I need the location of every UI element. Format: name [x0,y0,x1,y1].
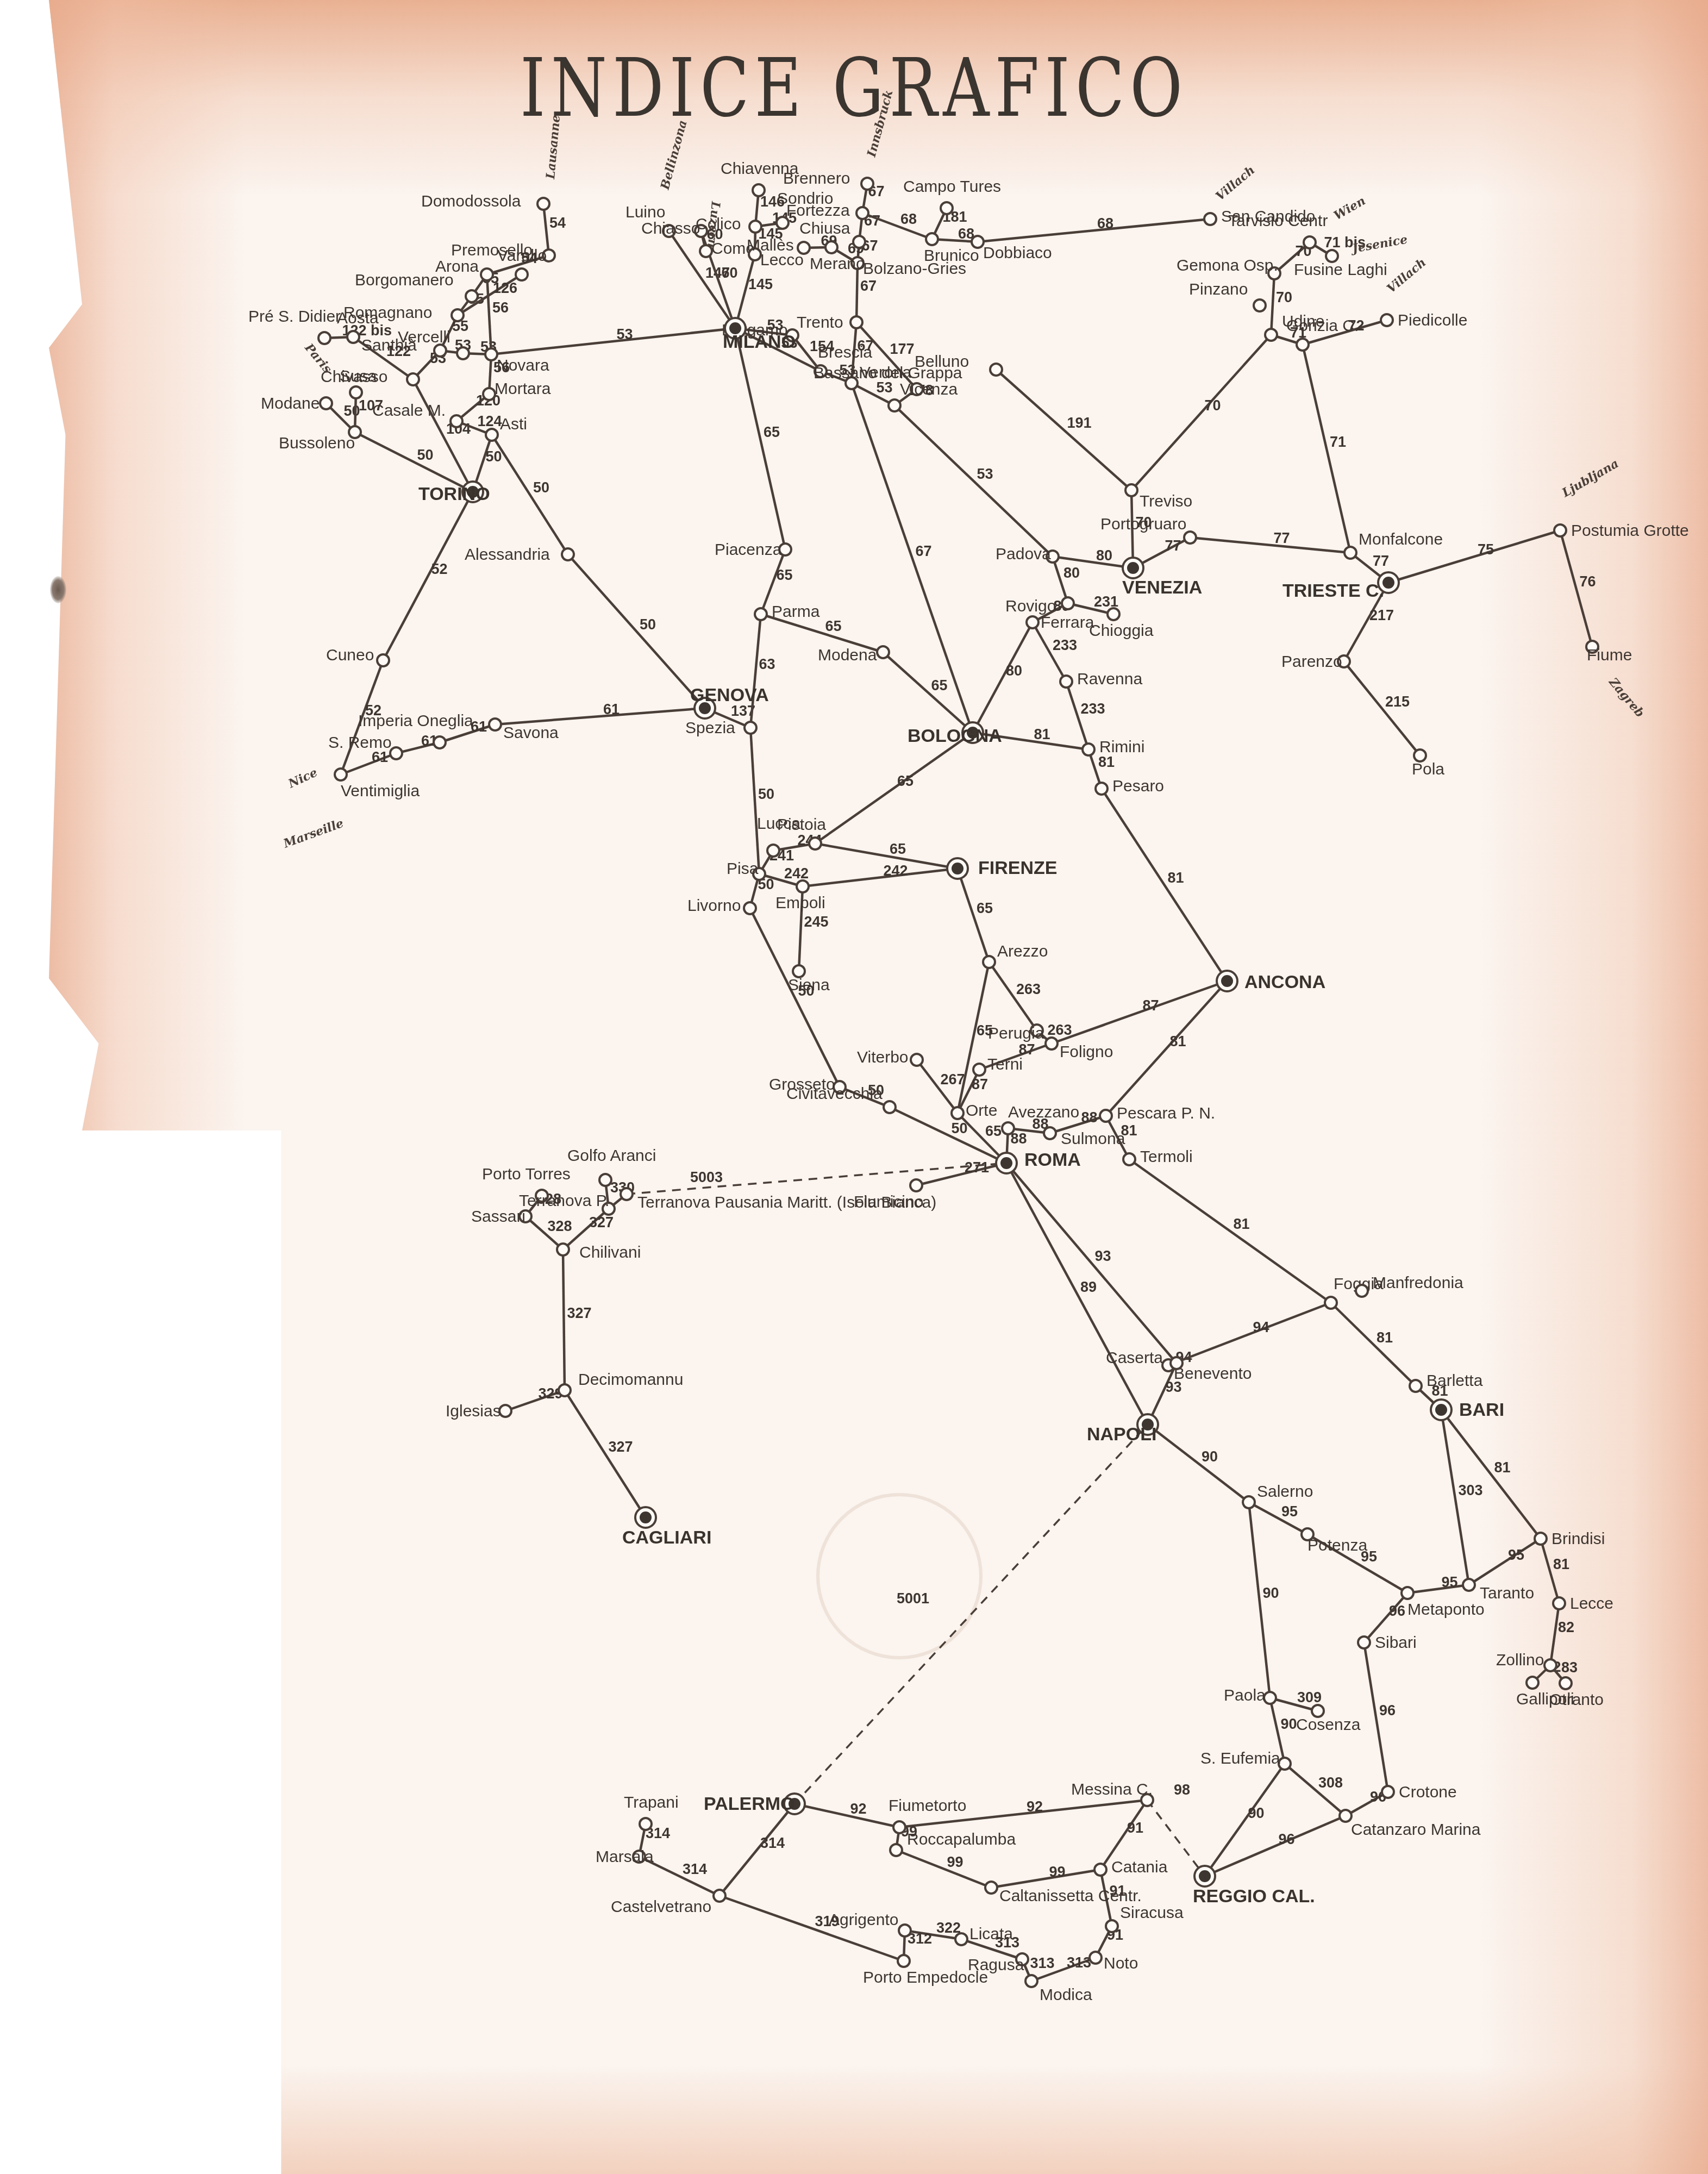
station-label: Trapani [624,1794,679,1811]
station-label: Monfalcone [1359,530,1443,548]
line-number: 70 [1205,397,1221,414]
line-number: 242 [884,863,908,879]
line-number: 242 [784,865,809,882]
line-number: 126 [493,280,517,296]
external-destination-label: Paris [302,340,335,376]
line-number: 65 [931,677,948,694]
station-label: Gorizia C. [1286,317,1359,335]
station-marker [1279,1758,1291,1770]
ferry-number: 98 [1174,1782,1190,1798]
station-label: Castelvetrano [611,1898,711,1916]
station-marker [537,198,549,210]
station-label: Brennero [783,170,850,188]
station-marker [767,845,779,857]
station-label: Viterbo [857,1048,909,1066]
railway-line [1331,1303,1416,1386]
station-label: Foligno [1060,1043,1113,1061]
line-number: 56 [492,299,509,316]
railway-line [991,1870,1100,1888]
station-label: Pola [1412,760,1444,778]
station-label: Bussoleno [279,434,355,452]
station-label: Pinzano [1189,280,1248,298]
railway-line [491,328,735,354]
station-label: Perugia [988,1024,1044,1042]
line-number: 90 [1202,1448,1218,1465]
major-city-label: TORINO [418,484,490,504]
major-city-label: REGGIO CAL. [1193,1886,1315,1907]
station-label: Casale M. [372,402,446,420]
station-marker [898,1955,910,1967]
major-city-label: TRIESTE C. [1282,580,1384,601]
station-label: Fiumetorto [889,1797,966,1815]
station-label: Paola [1224,1686,1266,1704]
line-number: 263 [1048,1022,1072,1038]
station-marker [1094,1864,1106,1876]
station-label: Ferrara [1041,614,1094,632]
station-label: Pesaro [1112,777,1164,795]
station-label: Iglesias [446,1402,501,1420]
station-label: Zollino [1496,1651,1544,1669]
line-number: 303 [1459,1482,1483,1498]
line-number: 81 [1170,1033,1186,1049]
line-number: 61 [603,701,620,717]
line-number: 313 [1067,1954,1091,1971]
line-number: 91 [1127,1820,1143,1836]
station-label: Salerno [1257,1483,1313,1501]
railway-line [1271,273,1274,335]
station-marker [983,956,995,968]
station-label: Golfo Aranci [567,1147,656,1165]
station-label: Agrigento [829,1911,898,1929]
railway-line [803,869,958,886]
line-number: 52 [431,561,448,577]
railway-line [1148,1425,1249,1502]
station-marker [884,1101,896,1113]
station-label: Modena [818,646,877,664]
station-marker [890,1844,902,1856]
station-marker [1560,1677,1572,1689]
station-label: Modane [261,395,320,413]
line-number: 65 [825,618,842,634]
line-number: 53 [977,466,993,482]
station-label: Brescia [818,343,872,361]
line-number: 215 [1385,694,1410,710]
railway-line [1249,1502,1307,1534]
railway-line [355,432,473,492]
railway-lines: 104535353535050107122122 bis555555545412… [324,183,1596,1981]
station-label: Novara [497,357,549,374]
station-label: Decimomannu [578,1371,683,1389]
major-city-label: BARI [1459,1400,1504,1420]
line-number: 327 [567,1305,592,1321]
railway-line [1190,538,1350,553]
railway-line [978,219,1210,242]
station-marker [1027,616,1038,628]
major-city-label: PALERMO [704,1794,794,1814]
station-marker [457,347,469,359]
station-marker [825,241,837,253]
station-label: Bassano del Grappa [814,364,962,382]
external-destination-label: Marseille [281,816,346,851]
station-marker [483,388,495,400]
station-label: Imperia Oneglia [358,712,473,730]
station-marker [1544,1659,1556,1671]
station-marker [562,548,574,560]
railway-line [794,1804,899,1827]
line-number: 96 [1379,1702,1396,1719]
station-marker [452,309,464,321]
line-number: 95 [1442,1574,1458,1590]
line-number: 65 [977,900,993,916]
external-destination-label: Wien [1331,193,1368,223]
line-number: 267 [941,1071,965,1088]
station-label: Catania [1111,1858,1168,1876]
station-label: Sibari [1375,1634,1417,1652]
station-label: Porto Torres [482,1165,571,1183]
station-marker [1554,524,1566,536]
line-number: 65 [897,773,914,789]
line-number: 124 [478,413,502,429]
station-marker [1204,213,1216,225]
line-number: 92 [1027,1798,1043,1815]
station-marker [557,1244,569,1255]
railway-line [563,1250,565,1390]
station-label: Pescara P. N. [1117,1104,1215,1122]
station-label: Arona [435,258,479,276]
station-marker [1312,1705,1324,1717]
station-label: Livorno [687,897,741,915]
station-marker [755,608,767,620]
railway-line [1006,1163,1148,1425]
major-city-dot [1382,577,1394,589]
station-label: Chioggia [1089,622,1154,640]
major-city-dot [1127,562,1139,574]
station-label: Taranto [1480,1584,1534,1602]
station-marker [1106,1920,1118,1932]
line-number: 77 [1373,553,1389,569]
railway-line [896,1850,991,1888]
station-label: Rimini [1099,738,1144,756]
station-marker [744,902,756,914]
line-number: 81 [1034,726,1050,742]
station-marker [1382,1786,1394,1798]
railway-line [973,622,1033,733]
station-marker [1356,1285,1368,1297]
station-marker [911,1054,923,1066]
station-label: Vicenza [900,380,958,398]
station-label: Asti [500,415,527,433]
line-number: 87 [972,1076,988,1092]
station-marker [744,722,756,734]
station-marker [856,207,868,219]
station-label: Fusine Laghi [1294,261,1387,279]
major-city-dot [640,1511,652,1523]
station-marker [1414,749,1426,761]
station-label: Piedicolle [1398,311,1467,329]
station-label: Trento [797,314,843,332]
railway-line [1106,981,1227,1116]
station-marker [516,268,528,280]
station-label: Campo Tures [903,178,1001,196]
line-number: 50 [533,479,549,496]
line-number: 95 [1508,1547,1524,1563]
station-label: Tarvisio Centr [1228,212,1328,230]
line-number: 50 [758,786,774,802]
station-marker [390,747,402,759]
railway-line [815,733,973,844]
station-label: Romagnano [343,304,432,322]
station-label: S. Eufemia [1200,1750,1280,1767]
major-city-dot [952,863,964,874]
station-label: Santhià [361,336,417,354]
station-marker [797,880,809,892]
station-marker [1184,532,1196,543]
line-number: 60 [722,265,738,281]
station-marker [481,268,493,280]
line-number: 50 [952,1120,968,1136]
station-marker [1046,1038,1058,1049]
major-city-dot [1199,1870,1211,1882]
station-label: Barletta [1427,1372,1483,1390]
station-label: Ravenna [1077,670,1142,688]
station-label: Caserta [1106,1349,1163,1367]
station-marker [910,1179,922,1191]
station-marker [407,373,419,385]
station-marker [489,719,501,730]
line-number: 81 [1234,1216,1250,1232]
station-label: Terranova Pausania Maritt. (Isola Bianca… [637,1194,936,1211]
station-marker [1526,1677,1538,1689]
station-marker [1304,236,1316,248]
ferry-routes: 5003500198 [627,1163,1205,1876]
line-number: 191 [1067,415,1092,431]
station-marker [320,397,332,409]
station-marker [753,184,765,196]
line-number: 54 [549,215,566,231]
line-number: 65 [985,1123,1002,1139]
line-number: 308 [1318,1775,1343,1791]
line-number: 95 [1281,1503,1298,1520]
station-label: Fiume [1587,646,1632,664]
line-number: 68 [1097,215,1113,232]
major-city-dot [1221,975,1233,987]
railway-line [750,908,840,1087]
station-label: Sassari [471,1208,525,1226]
station-marker [466,290,478,302]
station-marker [1358,1636,1370,1648]
line-number: 77 [1165,538,1181,554]
station-label: Avezzano [1008,1103,1079,1121]
external-destination-label: Lausanne [543,114,563,180]
line-number: 50 [344,403,360,419]
station-label: Brindisi [1551,1530,1605,1548]
station-label: Varallo [497,247,547,265]
external-destination-label: Villach [1213,163,1257,204]
line-number: 177 [890,341,915,357]
station-marker [485,348,497,360]
station-marker [1325,1297,1337,1309]
external-destination-label: Nice [286,765,320,791]
line-number: 314 [683,1861,707,1877]
line-number: 80 [1096,547,1112,564]
line-number: 322 [936,1920,961,1936]
railway-line [1102,789,1227,981]
station-marker [985,1882,997,1894]
station-marker [853,236,865,248]
station-label: Manfredonia [1373,1274,1463,1292]
line-number: 263 [1016,981,1041,997]
major-city-label: MILANO [723,332,796,352]
station-label: Lecce [1570,1595,1613,1613]
line-number: 68 [900,211,917,227]
line-number: 99 [1049,1864,1066,1880]
railway-line [1441,1410,1541,1539]
line-number: 53 [617,326,633,342]
line-number: 245 [804,914,829,930]
line-number: 90 [1281,1716,1297,1732]
line-number: 233 [1053,637,1077,653]
station-marker [877,646,889,658]
major-city-label: ROMA [1024,1150,1081,1170]
station-marker [1125,484,1137,496]
station-label: Metaponto [1407,1601,1485,1619]
station-marker [621,1188,633,1200]
station-marker [850,316,862,328]
station-marker [1344,547,1356,559]
station-label: Terranova P. [519,1192,609,1210]
station-marker [335,769,347,780]
station-marker [793,965,805,977]
line-number: 50 [417,447,434,463]
station-label: Brunico [924,247,979,265]
railway-network-map: 104535353535050107122122 bis555555545412… [0,0,1708,2174]
station-label: Siracusa [1120,1904,1184,1922]
station-label: Marsala [596,1848,654,1866]
line-number: 314 [760,1835,785,1851]
station-marker [1100,1110,1112,1122]
station-marker [941,202,953,214]
station-label: Messina C. [1071,1781,1153,1798]
line-number: 90 [1248,1805,1265,1821]
railway-line [568,554,705,708]
station-label: Orte [966,1102,997,1120]
line-number: 233 [1081,701,1105,717]
line-number: 81 [1494,1459,1511,1476]
station-marker [640,1818,652,1830]
station-marker [1171,1357,1183,1369]
line-number: 75 [1478,541,1494,558]
station-label: Roccapalumba [907,1831,1016,1848]
line-number: 90 [1263,1585,1279,1601]
station-label: Alessandria [465,546,550,564]
line-number: 65 [890,841,906,857]
station-label: Mallès [747,236,794,254]
line-number: 50 [640,616,656,633]
station-label: Treviso [1140,492,1192,510]
station-marker [499,1405,511,1417]
station-marker [972,236,984,248]
external-destination-label: Zagreb [1606,674,1647,720]
station-label: Sulmona [1061,1130,1125,1148]
station-label: Cuneo [326,646,374,664]
major-city-label: CAGLIARI [622,1527,711,1548]
line-number: 81 [1377,1329,1393,1346]
station-label: Catanzaro Marina [1351,1821,1481,1839]
railway-line [852,383,973,733]
line-number: 65 [764,424,780,440]
line-number: 81 [1553,1556,1569,1572]
station-marker [952,1107,964,1119]
station-marker [889,399,900,411]
station-marker [955,1933,967,1945]
station-label: Caltanissetta Centr. [999,1887,1142,1905]
ferry-route [794,1425,1148,1804]
railway-line [1131,335,1271,490]
line-number: 50 [486,448,502,465]
station-marker [350,386,362,398]
station-marker [1381,314,1393,326]
line-number: 81 [1168,870,1184,886]
railway-line [495,708,705,724]
railway-line [894,405,1053,557]
station-marker [1243,1496,1255,1508]
station-label: Dobbiaco [983,244,1052,262]
station-marker [714,1890,725,1902]
station-label: Merano [810,255,865,273]
ferry-route [627,1163,1006,1194]
railway-line [1168,1303,1331,1365]
line-number: 217 [1369,607,1394,623]
station-marker [1002,1122,1014,1134]
station-label: Mortara [495,380,551,398]
station-marker [990,364,1002,376]
station-marker [1265,329,1277,341]
station-marker [599,1174,611,1186]
station-label: Spezia [685,719,735,737]
station-marker [1410,1380,1422,1392]
external-destination-label: Bellinzona [658,118,690,191]
major-city-label: VENEZIA [1122,577,1202,598]
line-number: 96 [1389,1603,1405,1619]
station-marker [1083,744,1094,755]
station-marker [1254,299,1266,311]
major-city-label: GENOVA [690,685,769,705]
station-marker [1553,1597,1565,1609]
line-number: 89 [1080,1279,1097,1295]
station-marker [893,1821,905,1833]
station-label: Savona [503,724,559,742]
railway-line [996,370,1131,490]
railway-line [1006,1163,1177,1363]
line-number: 327 [589,1214,614,1230]
line-number: 71 [1330,434,1346,450]
station-label: Piacenza [715,541,782,559]
station-marker [451,415,462,427]
line-number: 309 [1297,1689,1322,1706]
railway-line [1052,981,1227,1044]
line-number: 87 [1143,997,1159,1014]
line-number: 80 [1063,565,1080,581]
station-marker [1535,1533,1547,1545]
external-destination-label: Innsbruck [864,89,896,159]
station-label: Postumia Grotte [1571,522,1689,540]
station-label: Siena [788,976,830,994]
station-label: Padova [996,545,1051,563]
major-city-label: NAPOLI [1087,1424,1156,1445]
station-label: Chiasso [641,220,700,238]
station-label: Civitavecchia [786,1085,883,1103]
station-label: Chilivani [579,1244,641,1261]
